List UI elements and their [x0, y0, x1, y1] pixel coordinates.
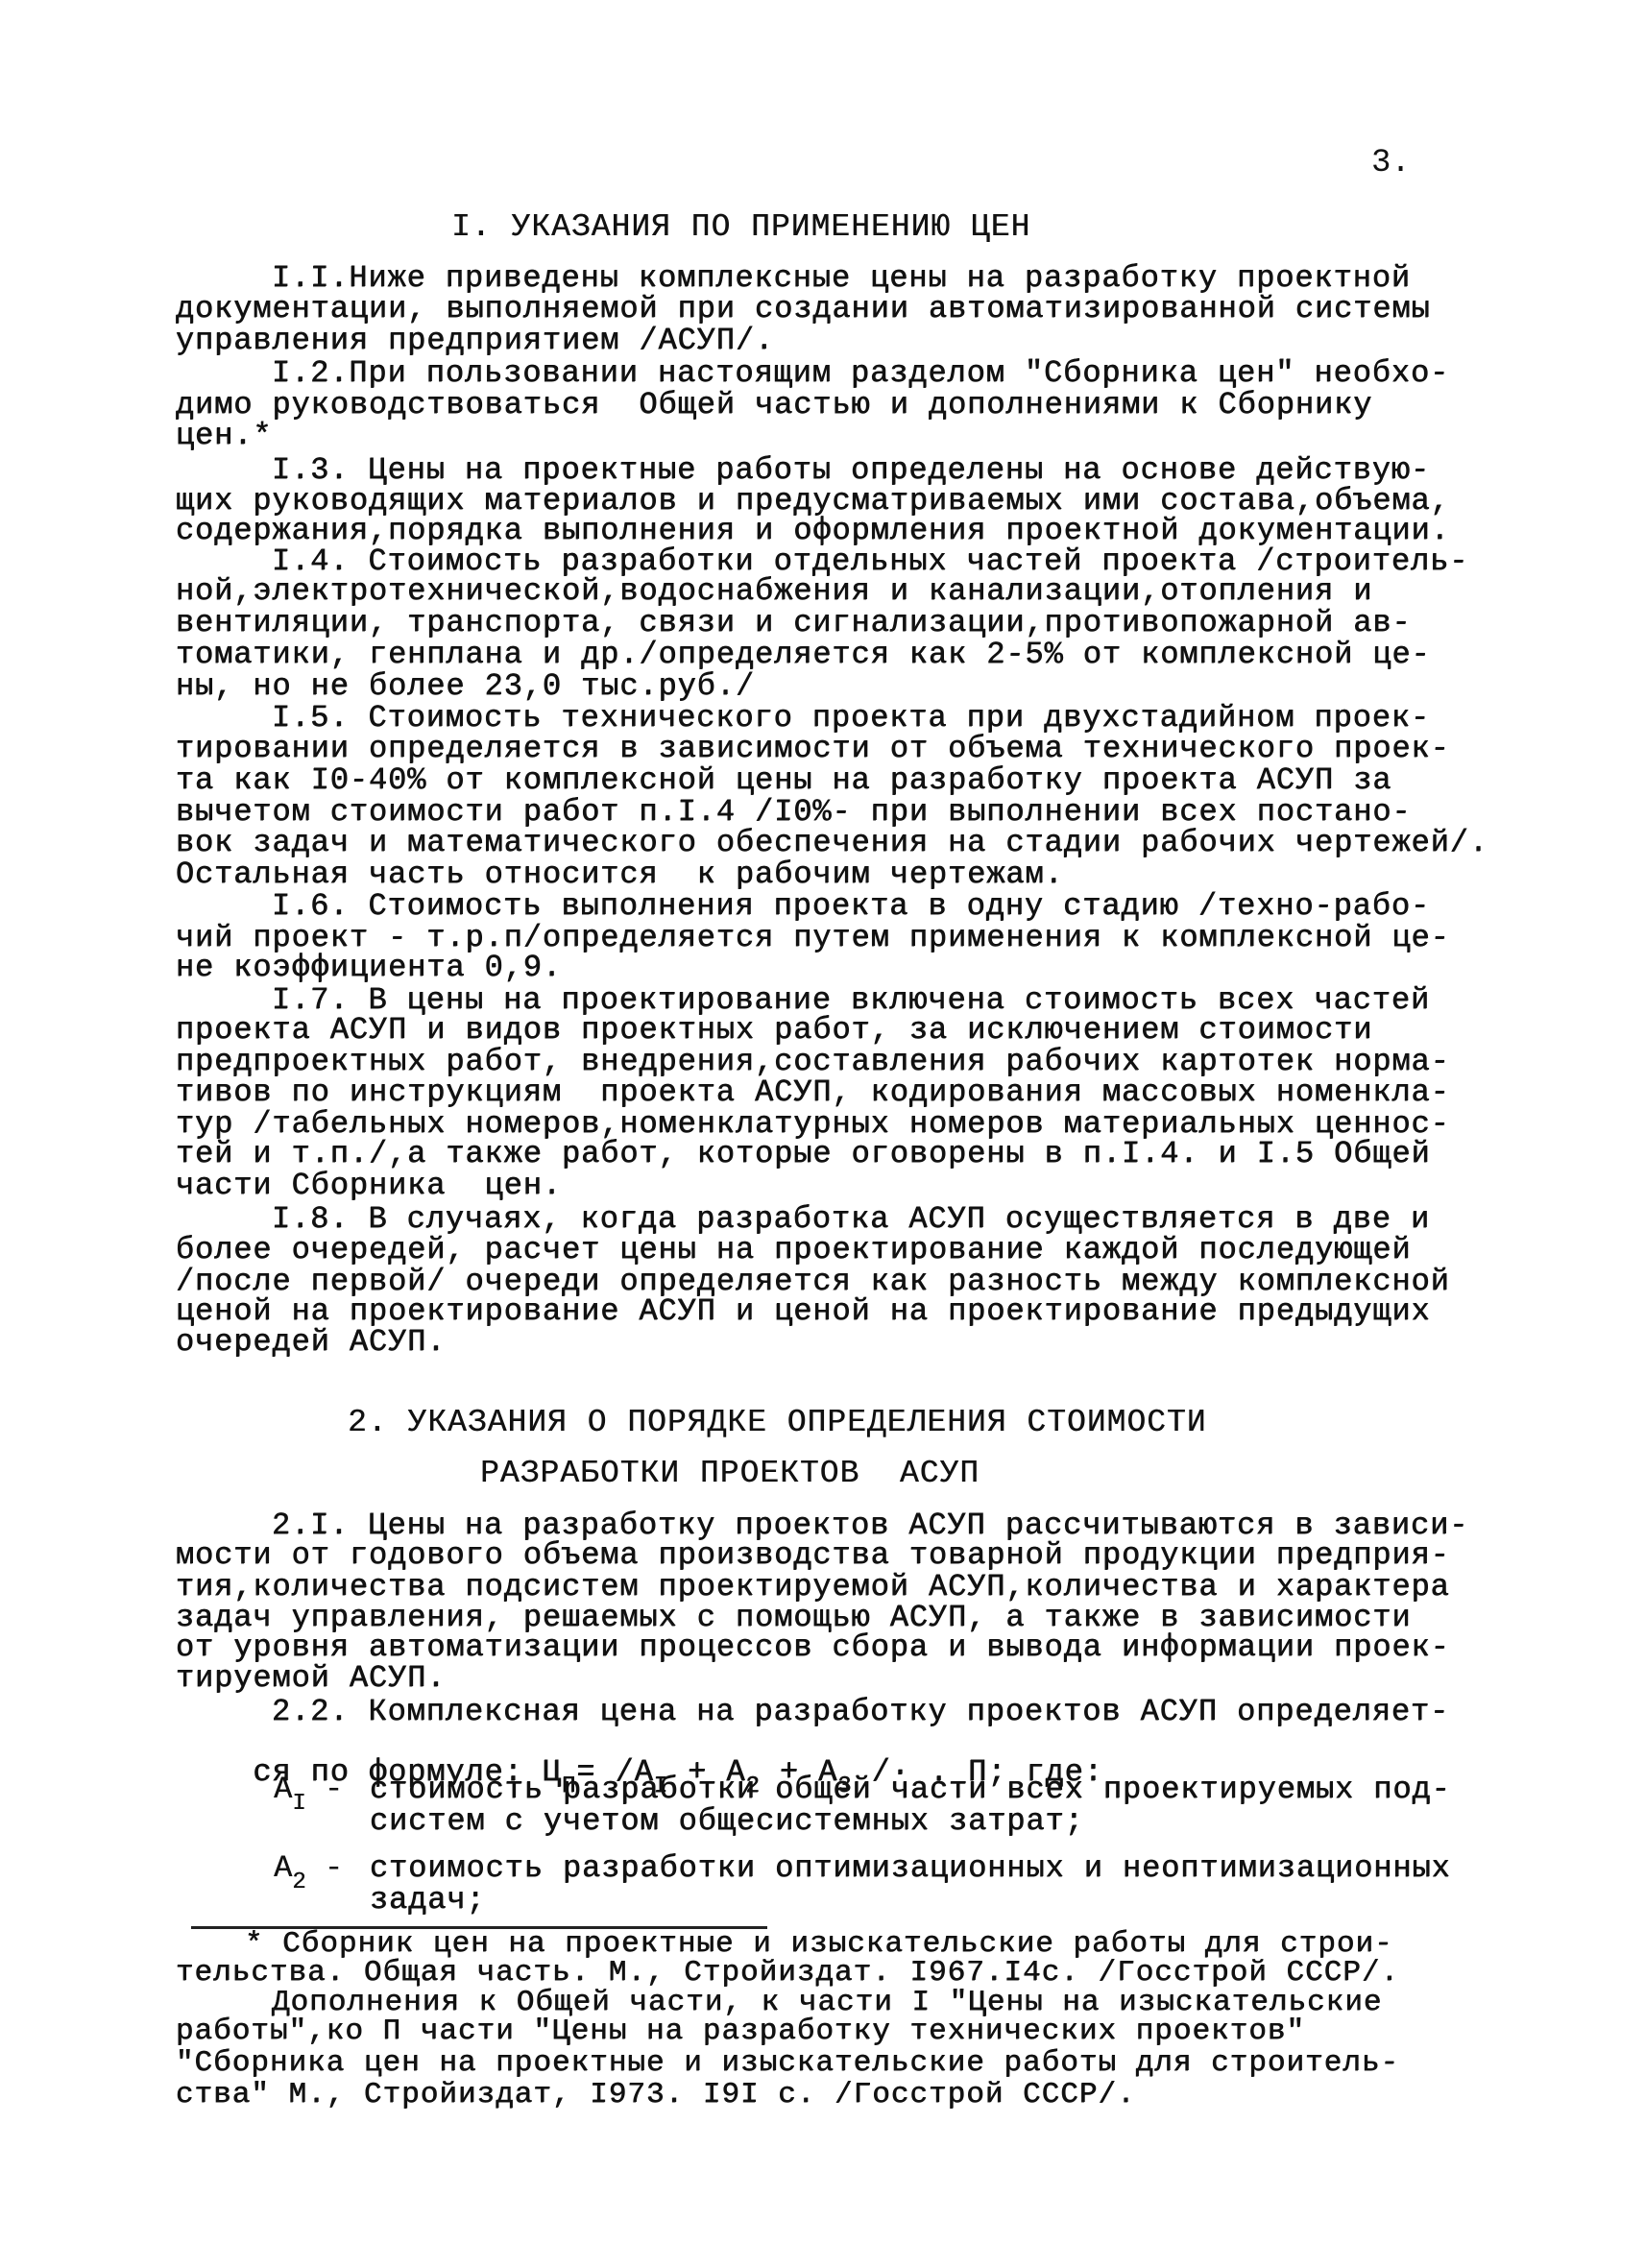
text-line: I.2.При пользовании настоящим разделом "…	[272, 358, 1449, 389]
text-line: димо руководствоваться Общей частью и до…	[176, 390, 1372, 421]
text-line: не коэффициента 0,9.	[176, 953, 562, 983]
text-line: вок задач и математического обеспечения …	[176, 828, 1488, 858]
text-line: I.3. Цены на проектные работы определены…	[272, 455, 1430, 486]
text-line: более очередей, расчет цены на проектиро…	[176, 1235, 1412, 1266]
text-line: проекта АСУП и видов проектных работ, за…	[176, 1015, 1372, 1046]
text-line: тировании определяется в зависимости от …	[176, 734, 1450, 764]
text-line: тируемой АСУП.	[176, 1663, 446, 1694]
page-number: 3.	[1371, 147, 1411, 180]
section-2-title-line-2: РАЗРАБОТКИ ПРОЕКТОВ АСУП	[480, 1458, 980, 1490]
text-line: ценой на проектирование АСУП и ценой на …	[176, 1296, 1431, 1327]
section-1-title: I. УКАЗАНИЯ ПО ПРИМЕНЕНИЮ ЦЕН	[451, 211, 1030, 244]
text-line: I.6. Стоимость выполнения проекта в одну…	[272, 891, 1430, 922]
text-line: предпроектных работ, внедрения,составлен…	[176, 1047, 1450, 1077]
text-line: Остальная часть относится к рабочим черт…	[176, 859, 1064, 890]
text-line: вентиляции, транспорта, связи и сигнализ…	[176, 608, 1412, 639]
item-text: систем с учетом общесистемных затрат;	[370, 1806, 1084, 1837]
text-line: тельства. Общая часть. М., Стройиздат. I…	[176, 1959, 1399, 1988]
text-line: I.I.Ниже приведены комплексные цены на р…	[272, 263, 1411, 294]
text-line: "Сборника цен на проектные и изыскательс…	[176, 2049, 1399, 2078]
text-line: 2.2. Комплексная цена на разработку прое…	[272, 1697, 1449, 1727]
text-line: очередей АСУП.	[176, 1327, 446, 1358]
text-line: I.5. Стоимость технического проекта при …	[272, 703, 1430, 734]
text-line: содержания,порядка выполнения и оформлен…	[176, 516, 1450, 546]
text-line: та как I0-40% от комплексной цены на раз…	[176, 765, 1392, 796]
text-line: мости от годового объема производства то…	[176, 1540, 1450, 1571]
text-line: * Сборник цен на проектные и изыскательс…	[245, 1930, 1393, 1959]
text-line: части Сборника цен.	[176, 1170, 562, 1201]
text-line: ства" М., Стройиздат, I973. I9I с. /Госс…	[176, 2081, 1136, 2110]
text-line: документации, выполняемой при создании а…	[176, 294, 1431, 325]
item-symbol: A2 -	[274, 1853, 343, 1887]
text-line: цен.*	[176, 421, 273, 451]
text-line: тия,количества подсистем проектируемой А…	[176, 1572, 1450, 1603]
text-line: управления предприятием /АСУП/.	[176, 326, 774, 356]
section-2-title-line-1: 2. УКАЗАНИЯ О ПОРЯДКЕ ОПРЕДЕЛЕНИЯ СТОИМО…	[348, 1407, 1207, 1439]
text-line: работы",ко П части "Цены на разработку т…	[176, 2017, 1305, 2046]
text-line: Дополнения к Общей части, к части I "Цен…	[272, 1989, 1383, 2017]
text-line: ной,электротехнической,водоснабжения и к…	[176, 576, 1372, 607]
text-line: тивов по инструкциям проекта АСУП, кодир…	[176, 1077, 1450, 1108]
text-line: от уровня автоматизации процессов сбора …	[176, 1632, 1450, 1663]
text-line: вычетом стоимости работ п.I.4 /I0%- при …	[176, 797, 1412, 828]
text-line: томатики, генплана и др./определяется ка…	[176, 639, 1431, 670]
text-line: ны, но не более 23,0 тыс.руб./	[176, 671, 755, 702]
item-symbol: AI -	[274, 1774, 343, 1808]
item-text: задач;	[370, 1885, 486, 1916]
item-text: стоимость разработки общей части всех пр…	[370, 1774, 1451, 1805]
text-line: тей и т.п./,а также работ, которые огово…	[176, 1139, 1431, 1170]
text-line: I.8. В случаях, когда разработка АСУП ос…	[272, 1204, 1430, 1235]
item-text: стоимость разработки оптимизационных и н…	[370, 1853, 1451, 1884]
